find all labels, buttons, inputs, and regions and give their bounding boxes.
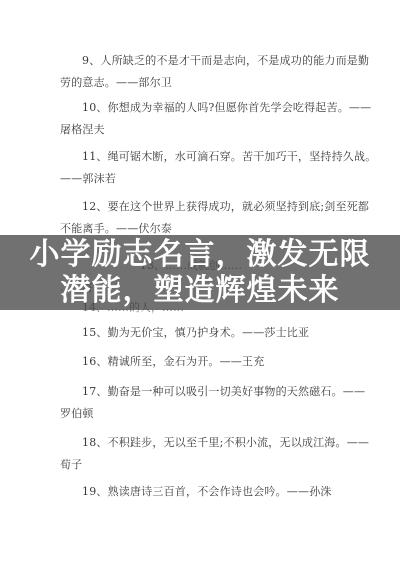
quote-15: 15、勤为无价宝，慎乃护身术。——莎士比亚 (60, 322, 342, 344)
quote-11: 11、绳可锯木断，水可滴石穿。苦干加巧干，坚持持久战。 ——郭沫若 (60, 146, 342, 190)
title-banner: 13、……成就创…… ……将 14、……的人，…… 小学励志名言，激发无限潜能，… (0, 235, 400, 310)
quote-line-continued: 劳的意志。——部尔卫 (60, 72, 342, 94)
quote-line: 10、你想成为幸福的人吗?但愿你首先学会吃得起苦。—— (60, 97, 342, 119)
quote-line-continued: ——郭沫若 (60, 168, 342, 190)
quote-line: 12、要在这个世界上获得成功，就必须坚持到底;剑至死都 (60, 196, 342, 218)
banner-title: 小学励志名言，激发无限潜能，塑造辉煌未来 (20, 237, 380, 309)
quote-18: 18、不积跬步，无以至千里;不积小流，无以成江海。—— 荀子 (60, 432, 342, 476)
quote-12: 12、要在这个世界上获得成功，就必须坚持到底;剑至死都 不能离手。——伏尔泰 (60, 196, 342, 240)
quote-line-continued: 荀子 (60, 454, 342, 476)
quote-17: 17、勤奋是一种可以吸引一切美好事物的天然磁石。—— 罗伯顿 (60, 381, 342, 425)
quote-line: 11、绳可锯木断，水可滴石穿。苦干加巧干，坚持持久战。 (60, 146, 342, 168)
quote-line: 18、不积跬步，无以至千里;不积小流，无以成江海。—— (60, 432, 342, 454)
quote-line-continued: 罗伯顿 (60, 403, 342, 425)
quote-19: 19、熟读唐诗三百首，不会作诗也会吟。——孙洙 (60, 481, 342, 503)
quote-line: 19、熟读唐诗三百首，不会作诗也会吟。——孙洙 (60, 481, 342, 503)
quote-line: 9、人所缺乏的不是才干而是志向，不是成功的能力而是勤 (60, 50, 342, 72)
quote-line: 16、精诚所至，金石为开。——王充 (60, 351, 342, 373)
quote-16: 16、精诚所至，金石为开。——王充 (60, 351, 342, 373)
quote-line: 15、勤为无价宝，慎乃护身术。——莎士比亚 (60, 322, 342, 344)
quote-10: 10、你想成为幸福的人吗?但愿你首先学会吃得起苦。—— 屠格涅夫 (60, 97, 342, 141)
quote-line-continued: 屠格涅夫 (60, 119, 342, 141)
quote-line: 17、勤奋是一种可以吸引一切美好事物的天然磁石。—— (60, 381, 342, 403)
quote-9: 9、人所缺乏的不是才干而是志向，不是成功的能力而是勤 劳的意志。——部尔卫 (60, 50, 342, 94)
